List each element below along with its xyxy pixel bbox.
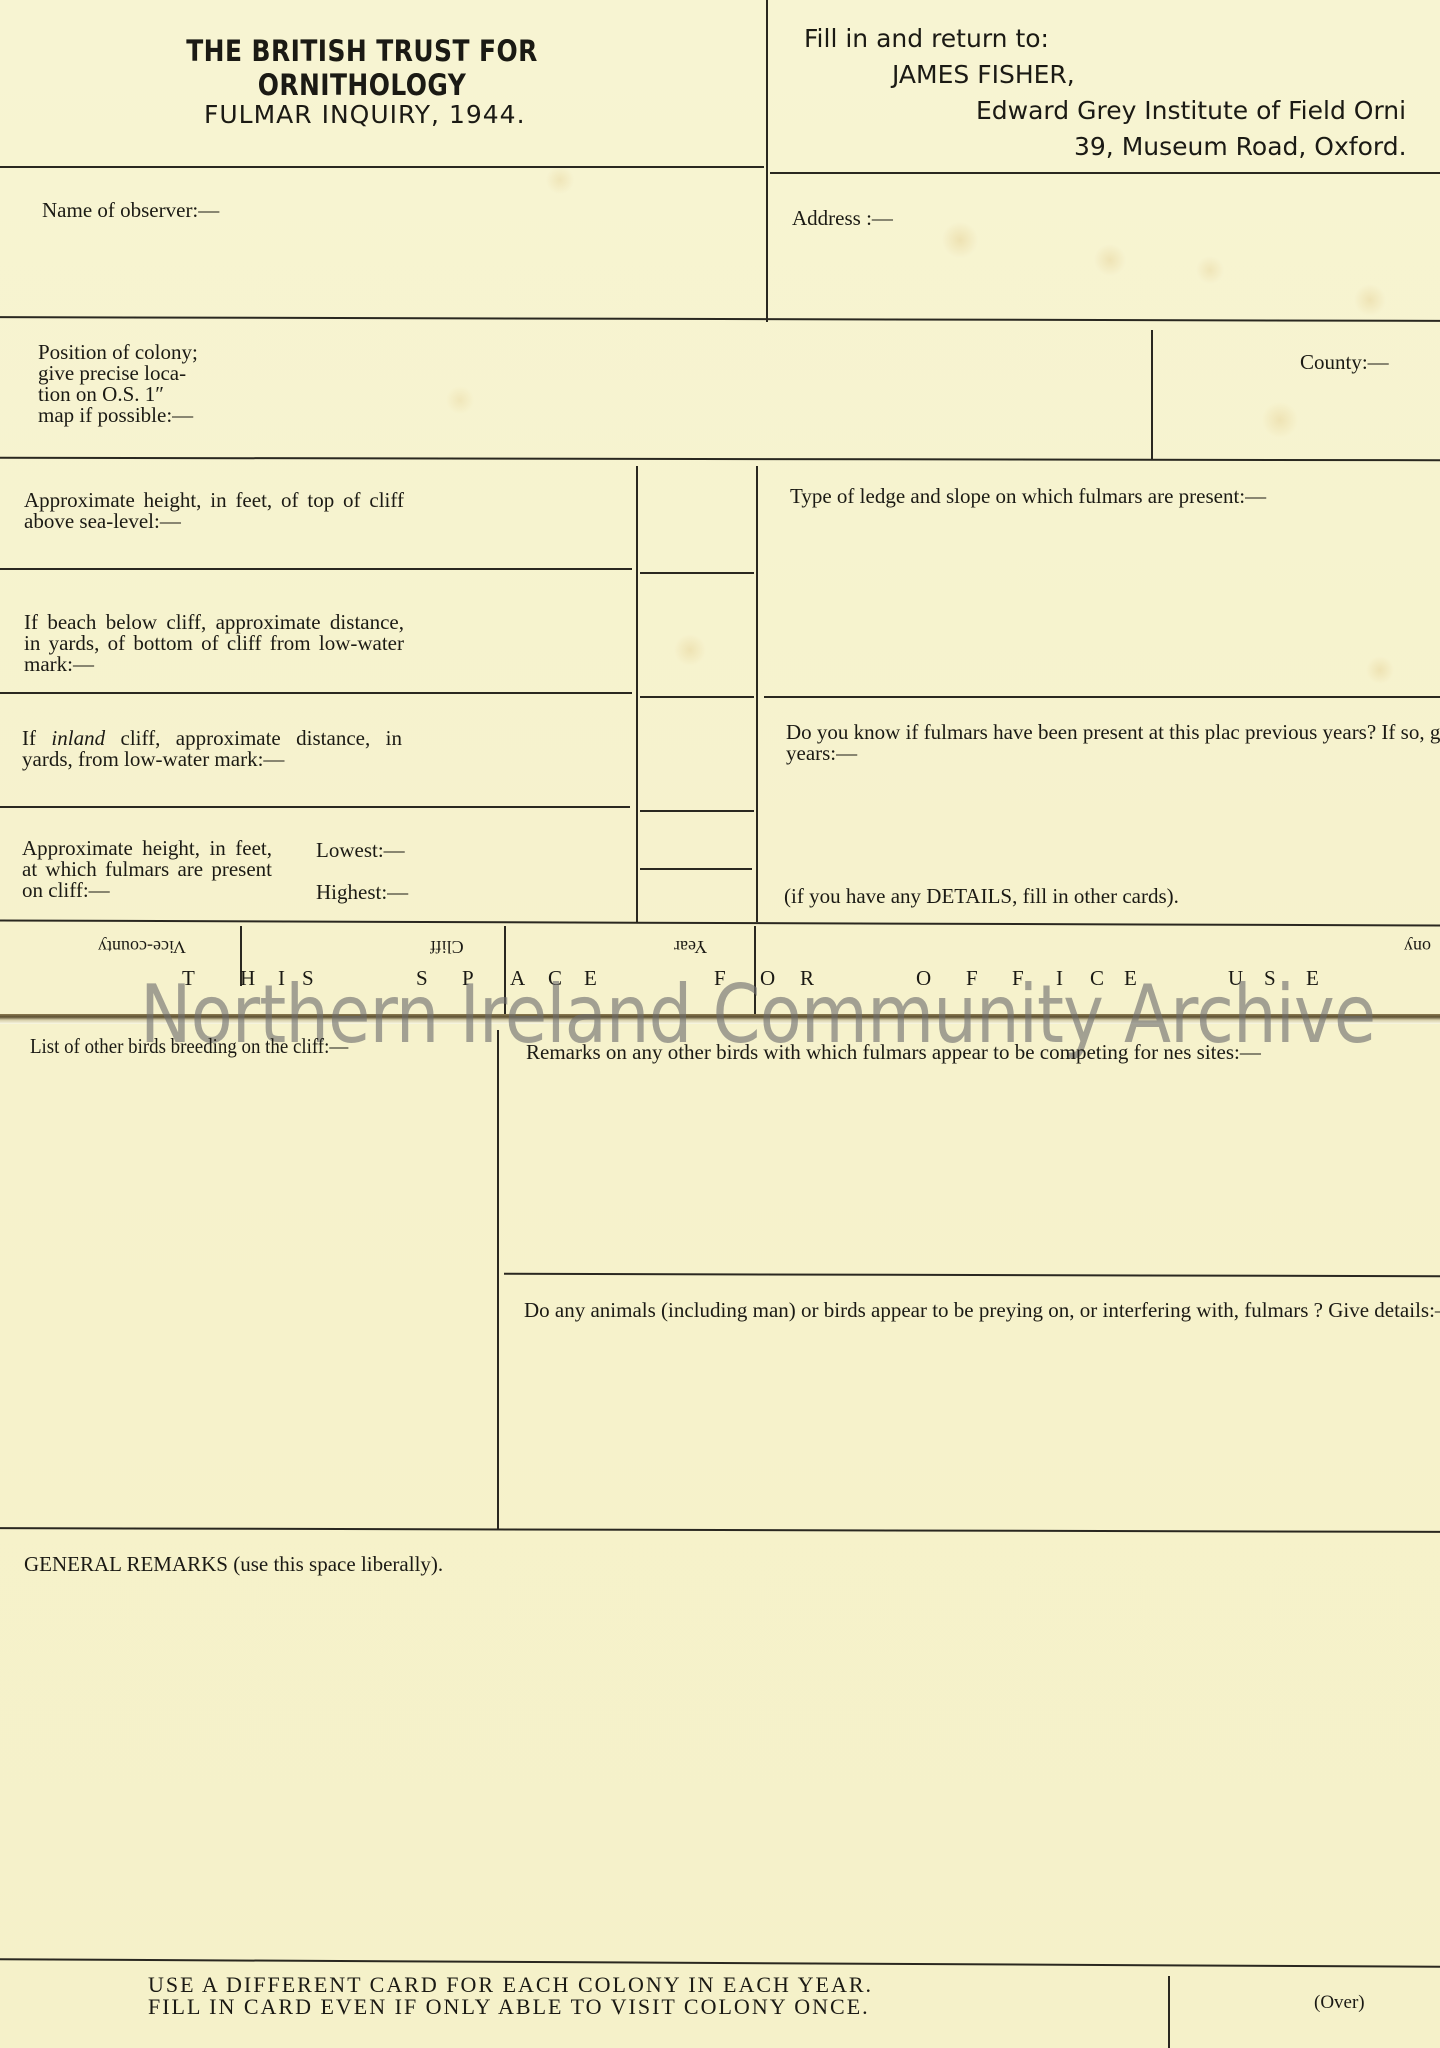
lowest-label: Lowest:— (316, 840, 405, 861)
divider (0, 692, 632, 694)
footer-line: USE A DIFFERENT CARD FOR EACH COLONY IN … (148, 1974, 873, 1996)
beach-distance-field[interactable] (640, 576, 754, 696)
position-line: Position of colony; (38, 342, 248, 363)
divider (1151, 330, 1153, 460)
highest-label: Highest:— (316, 882, 408, 903)
lowest-field[interactable] (640, 814, 754, 868)
competing-birds-field[interactable] (502, 1094, 1440, 1270)
divider (497, 1030, 499, 1530)
divider (640, 572, 754, 574)
position-field[interactable] (260, 324, 1146, 458)
return-address: 39, Museum Road, Oxford. (1074, 132, 1407, 161)
footer-instructions: USE A DIFFERENT CARD FOR EACH COLONY IN … (148, 1974, 873, 2018)
beach-distance-label: If beach below cliff, approximate distan… (24, 612, 404, 675)
divider (770, 172, 1440, 174)
inland-distance-label: If inland cliff, approximate distance, i… (22, 728, 402, 770)
divider (764, 696, 1440, 698)
divider (640, 868, 752, 870)
divider (0, 806, 630, 808)
details-note: (if you have any DETAILS, fill in other … (784, 886, 1179, 907)
divider (640, 696, 754, 698)
position-label: Position of colony; give precise loca- t… (38, 342, 248, 426)
previous-years-label: Do you know if fulmars have been present… (786, 722, 1440, 764)
predators-label: Do any animals (including man) or birds … (524, 1300, 1440, 1321)
position-line: map if possible:— (38, 405, 248, 426)
general-remarks-label: GENERAL REMARKS (use this space liberall… (24, 1554, 443, 1575)
address-field[interactable] (770, 176, 1440, 318)
position-line: give precise loca- (38, 363, 248, 384)
inquiry-title: FULMAR INQUIRY, 1944. (204, 100, 526, 129)
competing-birds-label: Remarks on any other birds with which fu… (526, 1042, 1440, 1063)
divider (0, 568, 632, 570)
fulmar-height-label: Approximate height, in feet, at which fu… (22, 838, 272, 901)
divider (0, 166, 764, 168)
divider (766, 0, 768, 322)
observer-field[interactable] (0, 170, 764, 318)
office-col-vice-county: Vice-county (98, 936, 186, 957)
position-line: tion on O.S. 1″ (38, 384, 248, 405)
ledge-type-field[interactable] (762, 466, 1440, 694)
other-birds-label: List of other birds breeding on the clif… (30, 1036, 348, 1057)
predators-field[interactable] (502, 1352, 1440, 1526)
office-col-colony: ony (1404, 936, 1431, 957)
previous-years-field[interactable] (762, 776, 1440, 876)
organization-title: THE BRITISH TRUST FOR ORNITHOLOGY (104, 34, 620, 102)
footer-line: FILL IN CARD EVEN IF ONLY ABLE TO VISIT … (148, 1996, 873, 2018)
other-birds-field[interactable] (0, 1064, 494, 1528)
return-heading: Fill in and return to: (804, 24, 1049, 53)
divider (1168, 1976, 1170, 2048)
divider (756, 466, 758, 922)
office-col-cliff: Cliff (430, 936, 464, 957)
general-remarks-field[interactable] (0, 1586, 1440, 1946)
return-name: JAMES FISHER, (892, 60, 1075, 89)
highest-field[interactable] (640, 872, 754, 920)
over-indicator: (Over) (1314, 1992, 1365, 2014)
divider (636, 466, 638, 922)
divider (640, 810, 754, 812)
office-col-year: Year (674, 936, 707, 957)
return-institute: Edward Grey Institute of Field Orni (976, 96, 1406, 125)
cliff-height-field[interactable] (640, 466, 754, 568)
county-field[interactable] (1156, 324, 1440, 458)
cliff-height-label: Approximate height, in feet, of top of c… (24, 490, 404, 532)
inland-distance-field[interactable] (640, 700, 754, 808)
